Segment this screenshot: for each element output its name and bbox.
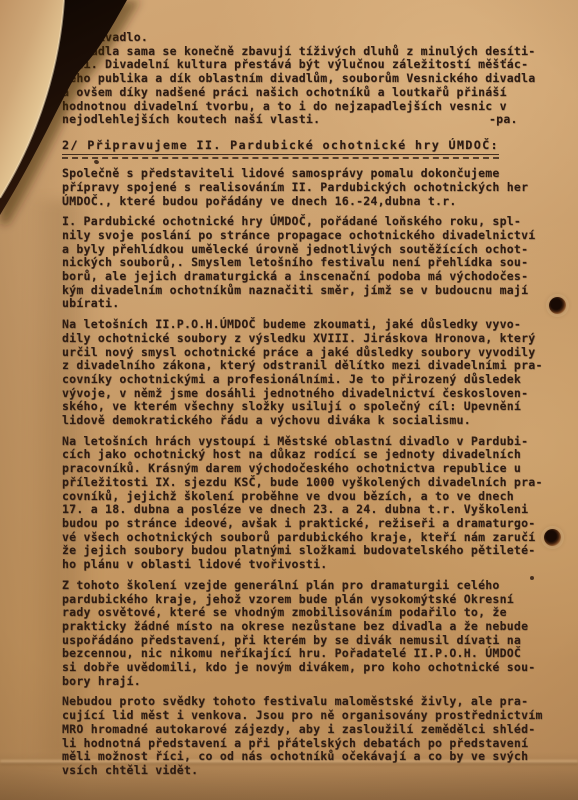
paragraph: Z tohoto školení vzejde generální plán p… bbox=[62, 579, 567, 689]
attribution: -pa. bbox=[489, 113, 518, 127]
page-fold-corner bbox=[0, 0, 240, 240]
punch-hole-bottom bbox=[544, 529, 561, 546]
ink-speck bbox=[530, 576, 534, 580]
document-photo: divadlo. Divadla sama se konečně zbavují… bbox=[0, 0, 578, 800]
punch-hole-top bbox=[549, 297, 566, 314]
paragraph: Na letošních hrách vystoupí i Městské ob… bbox=[62, 435, 567, 572]
paragraph: Na letošních II.P.O.H.ÚMDOČ budeme zkoum… bbox=[62, 318, 567, 428]
paragraph: Nebudou proto svědky tohoto festivalu ma… bbox=[62, 695, 567, 777]
